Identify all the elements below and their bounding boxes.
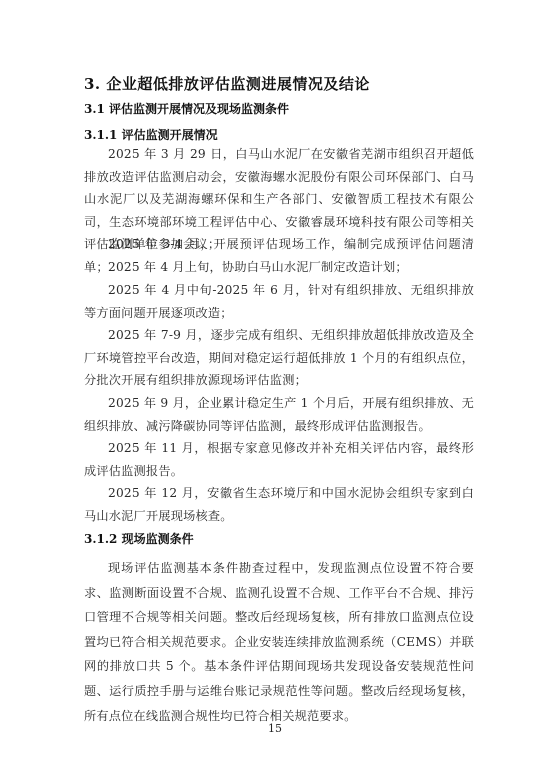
- paragraph: 2025 年 12 月，安徽省生态环境厅和中国水泥协会组织专家到白马山水泥厂开展…: [84, 482, 474, 527]
- page-number: 15: [0, 722, 550, 735]
- paragraph: 2025 年 4 月上旬，协助白马山水泥厂制定改造计划；: [84, 256, 474, 279]
- chapter-heading: 3. 企业超低排放评估监测进展情况及结论: [84, 73, 370, 94]
- paragraph: 2025 年 11 月，根据专家意见修改并补充相关评估内容，最终形成评估监测报告…: [84, 437, 474, 482]
- section-heading-3-1-2: 3.1.2 现场监测条件: [84, 530, 194, 547]
- paragraph: 2025 年 7-9 月，逐步完成有组织、无组织排放超低排放改造及全厂环境管控平…: [84, 324, 474, 392]
- section-heading-3-1: 3.1 评估监测开展情况及现场监测条件: [84, 100, 289, 117]
- section-heading-3-1-1: 3.1.1 评估监测开展情况: [84, 126, 218, 143]
- paragraph: 2025 年 4 月中旬-2025 年 6 月，针对有组织排放、无组织排放等方面…: [84, 279, 474, 324]
- paragraph: 2025 年 9 月，企业累计稳定生产 1 个月后，开展有组织排放、无组织排放、…: [84, 392, 474, 437]
- paragraph: 现场评估监测基本条件勘查过程中，发现监测点位设置不符合要求、监测断面设置不合规、…: [84, 556, 474, 728]
